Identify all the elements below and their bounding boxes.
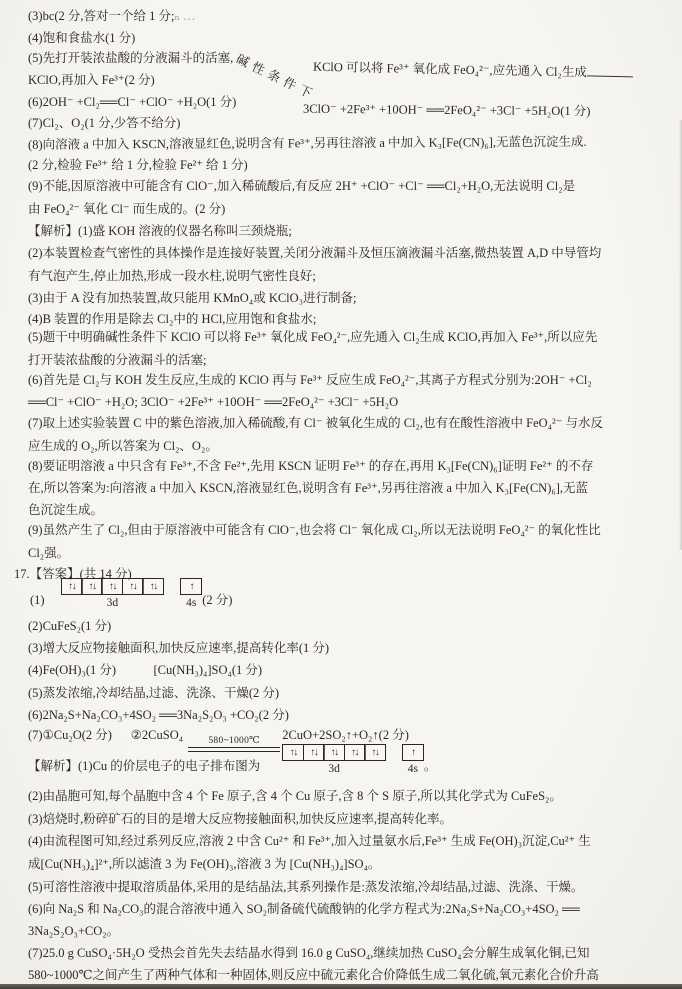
scan-bottom-band — [0, 984, 682, 989]
q16-analysis-line: Cl₂强。 — [28, 543, 678, 563]
q16-analysis-line: 【解析】(1)盛 KOH 溶液的仪器名称叫三颈烧瓶; — [28, 221, 678, 241]
orbital-3d-group: ↑↓ ↑↓ ↑↓ ↑↓ ↑↓ 3d — [282, 744, 386, 776]
orbital-label-4s: 4s — [186, 596, 196, 610]
q16-analysis-line: (6)首先是 Cl₂与 KOH 发生反应,生成的 KClO 再与 Fe³⁺ 反应… — [28, 370, 678, 390]
q17-analysis-line: (7)25.0 g CuSO₄·5H₂O 受热会首先失去结晶水得到 16.0 g… — [28, 943, 678, 963]
orbital-4s-group: ↑ 4s — [180, 578, 202, 610]
orbital-label-4s: 4s — [408, 762, 418, 776]
answer-index: (1) — [30, 590, 45, 610]
q17-answer-line-4: (4)Fe(OH)₃(1 分) [Cu(NH₃)₄]SO₄(1 分) — [28, 660, 678, 680]
score-text: (2 分) — [202, 590, 232, 610]
q16-answer-line-3: (3)bc(2 分,答对一个给 1 分;ₙ … — [28, 6, 678, 26]
q17-analysis-line-1-orbital-diagram: 【解析】(1)Cu 的价层电子的电子排布图为 ↑↓ ↑↓ ↑↓ ↑↓ ↑↓ 3d… — [28, 744, 436, 776]
answer-text: (5)先打开装浓盐酸的分液漏斗的活塞, — [28, 51, 233, 65]
q16-answer-line-5-wrap: KClO,再加入 Fe³⁺(2 分) — [28, 70, 678, 90]
q16-answer-line-9: (9)不能,因原溶液中可能含有 ClO⁻,加入稀硫酸后,有反应 2H⁺ +ClO… — [28, 176, 678, 196]
orbital-box-paired-electrons: ↑↓ — [303, 744, 325, 761]
q16-analysis-line: (5)题干中明确碱性条件下 KClO 可以将 Fe³⁺ 氧化成 FeO₄²⁻,应… — [28, 327, 678, 347]
q16-answer-line-7: (7)Cl₂、O₂(1 分,少答不给分) — [28, 113, 678, 133]
orbital-box-paired-electrons: ↑↓ — [101, 578, 123, 595]
q17-analysis-line: (4)由流程图可知,经过系列反应,溶液 2 中含 Cu²⁺ 和 Fe³⁺,加入过… — [28, 831, 678, 851]
orbital-box-paired-electrons: ↑↓ — [364, 744, 386, 761]
q17-analysis-line: (5)可溶性溶液中提取溶质晶体,采用的是结晶法,其系列操作是:蒸发浓缩,冷却结晶… — [28, 877, 678, 897]
orbital-box-paired-electrons: ↑↓ — [61, 578, 83, 595]
q16-analysis-line: ══Cl⁻ +ClO⁻ +H₂O; 3ClO⁻ +2Fe³⁺ +10OH⁻ ══… — [28, 392, 678, 412]
q16-analysis-line: (2)本装置检查气密性的具体操作是连接好装置,关闭分液漏斗及恒压滴液漏斗活塞,微… — [28, 243, 678, 263]
orbital-label-3d: 3d — [107, 596, 119, 610]
answer-text: (3)bc(2 分,答对一个给 1 分; — [28, 9, 175, 23]
orbital-box-paired-electrons: ↑↓ — [344, 744, 366, 761]
q16-analysis-line: (8)要证明溶液 a 中只含有 Fe³⁺,不含 Fe²⁺,先用 KSCN 证明 … — [28, 456, 678, 476]
q16-answer-line-8-score: (2 分,检验 Fe³⁺ 给 1 分,检验 Fe²⁺ 给 1 分) — [28, 155, 678, 175]
q16-analysis-line: (9)虽然产生了 Cl₂,但由于原溶液中可能含有 ClO⁻,也会将 Cl⁻ 氧化… — [28, 520, 678, 540]
q17-analysis-line: 3Na₂S₂O₃+CO₂。 — [28, 921, 678, 941]
orbital-box-paired-electrons: ↑↓ — [282, 744, 304, 761]
orbital-box-single-electron: ↑ — [402, 744, 424, 761]
q16-analysis-line: (4)B 装置的作用是除去 Cl₂中的 HCl,应用饱和食盐水; — [28, 309, 678, 329]
q17-answer-line-1-orbital-diagram: (1) ↑↓ ↑↓ ↑↓ ↑↓ ↑↓ 3d ↑ 4s (2 分) — [30, 578, 232, 610]
q17-analysis-line: (3)焙烧时,粉碎矿石的目的是增大反应物接触面积,加快反应速率,提高转化率。 — [28, 809, 678, 829]
orbital-box-single-electron: ↑ — [180, 578, 202, 595]
orbital-box-paired-electrons: ↑↓ — [122, 578, 144, 595]
q16-analysis-line: 在,所以答案为:向溶液 a 中加入 KSCN,溶液显红色,说明含有 Fe³⁺,另… — [28, 478, 678, 498]
q16-analysis-line: (7)取上述实验装置 C 中的紫色溶液,加入稀硫酸,有 Cl⁻ 被氧化生成的 C… — [28, 413, 678, 433]
q17-answer-line-2: (2)CuFeS₂(1 分) — [28, 616, 678, 636]
orbital-4s-group: ↑ 4s — [402, 744, 424, 776]
analysis-text: 。 — [424, 756, 437, 776]
q16-answer-line-8: (8)向溶液 a 中加入 KSCN,溶液显红色,说明含有 Fe³⁺,另再往溶液 … — [28, 131, 678, 154]
answer-text: 2CuO+2SO₂↑+O₂↑(2 分) — [282, 728, 409, 742]
q16-analysis-line: 打开装浓盐酸的分液漏斗的活塞; — [28, 350, 678, 370]
q16-analysis-line: 色沉淀生成。 — [28, 500, 678, 520]
q17-analysis-line: (2)由晶胞可知,每个晶胞中含 4 个 Fe 原子,含 4 个 Cu 原子,含 … — [28, 786, 678, 806]
orbital-label-3d: 3d — [328, 762, 340, 776]
q17-answer-line-3: (3)增大反应物接触面积,加快反应速率,提高转化率(1 分) — [28, 638, 678, 658]
analysis-text: 【解析】(1)Cu 的价层电子的电子排布图为 — [28, 756, 260, 776]
q17-analysis-line: 成[Cu(NH₃)₄]²⁺,所以滤渣 3 为 Fe(OH)₃,溶液 3 为 [C… — [28, 854, 678, 874]
q16-answer-line-9-wrap: 由 FeO₄²⁻ 氧化 Cl⁻ 而生成的。(2 分) — [28, 199, 678, 219]
q17-analysis-line: 580~1000℃之间产生了两种气体和一种固体,则反应中硫元素化合价降低生成二氧… — [28, 965, 678, 985]
exam-answer-scan-page: (3)bc(2 分,答对一个给 1 分;ₙ … (4)饱和食盐水(1 分) (5… — [0, 0, 682, 989]
q17-answer-line-6: (6)2Na₂S+Na₂CO₃+4SO₂ ══3Na₂S₂O₃ +CO₂(2 分… — [28, 705, 678, 725]
q16-analysis-line: 应生成的 O₂,所以答案为 Cl₂、O₂。 — [28, 436, 678, 456]
q17-answer-line-5: (5)蒸发浓缩,冷却结晶,过滤、洗涤、干燥(2 分) — [28, 683, 678, 703]
q16-answer-line-4: (4)饱和食盐水(1 分) — [28, 28, 678, 48]
q16-analysis-line: (3)由于 A 没有加热装置,故只能用 KMnO₄或 KClO₃进行制备; — [28, 288, 678, 308]
answer-text: (7)①Cu₂O(2 分) ②2CuSO₄ — [28, 728, 186, 742]
orbital-box-paired-electrons: ↑↓ — [323, 744, 345, 761]
orbital-box-paired-electrons: ↑↓ — [142, 578, 164, 595]
scan-scribble: ₙ … — [175, 9, 196, 23]
q17-analysis-line: (6)向 Na₂S 和 Na₂CO₃的混合溶液中通入 SO₂制备硫代硫酸钠的化学… — [28, 899, 678, 919]
orbital-box-paired-electrons: ↑↓ — [81, 578, 103, 595]
q16-analysis-line: 有气泡产生,停止加热,形成一段水柱,说明气密性良好; — [28, 266, 678, 286]
orbital-3d-group: ↑↓ ↑↓ ↑↓ ↑↓ ↑↓ 3d — [61, 578, 165, 610]
